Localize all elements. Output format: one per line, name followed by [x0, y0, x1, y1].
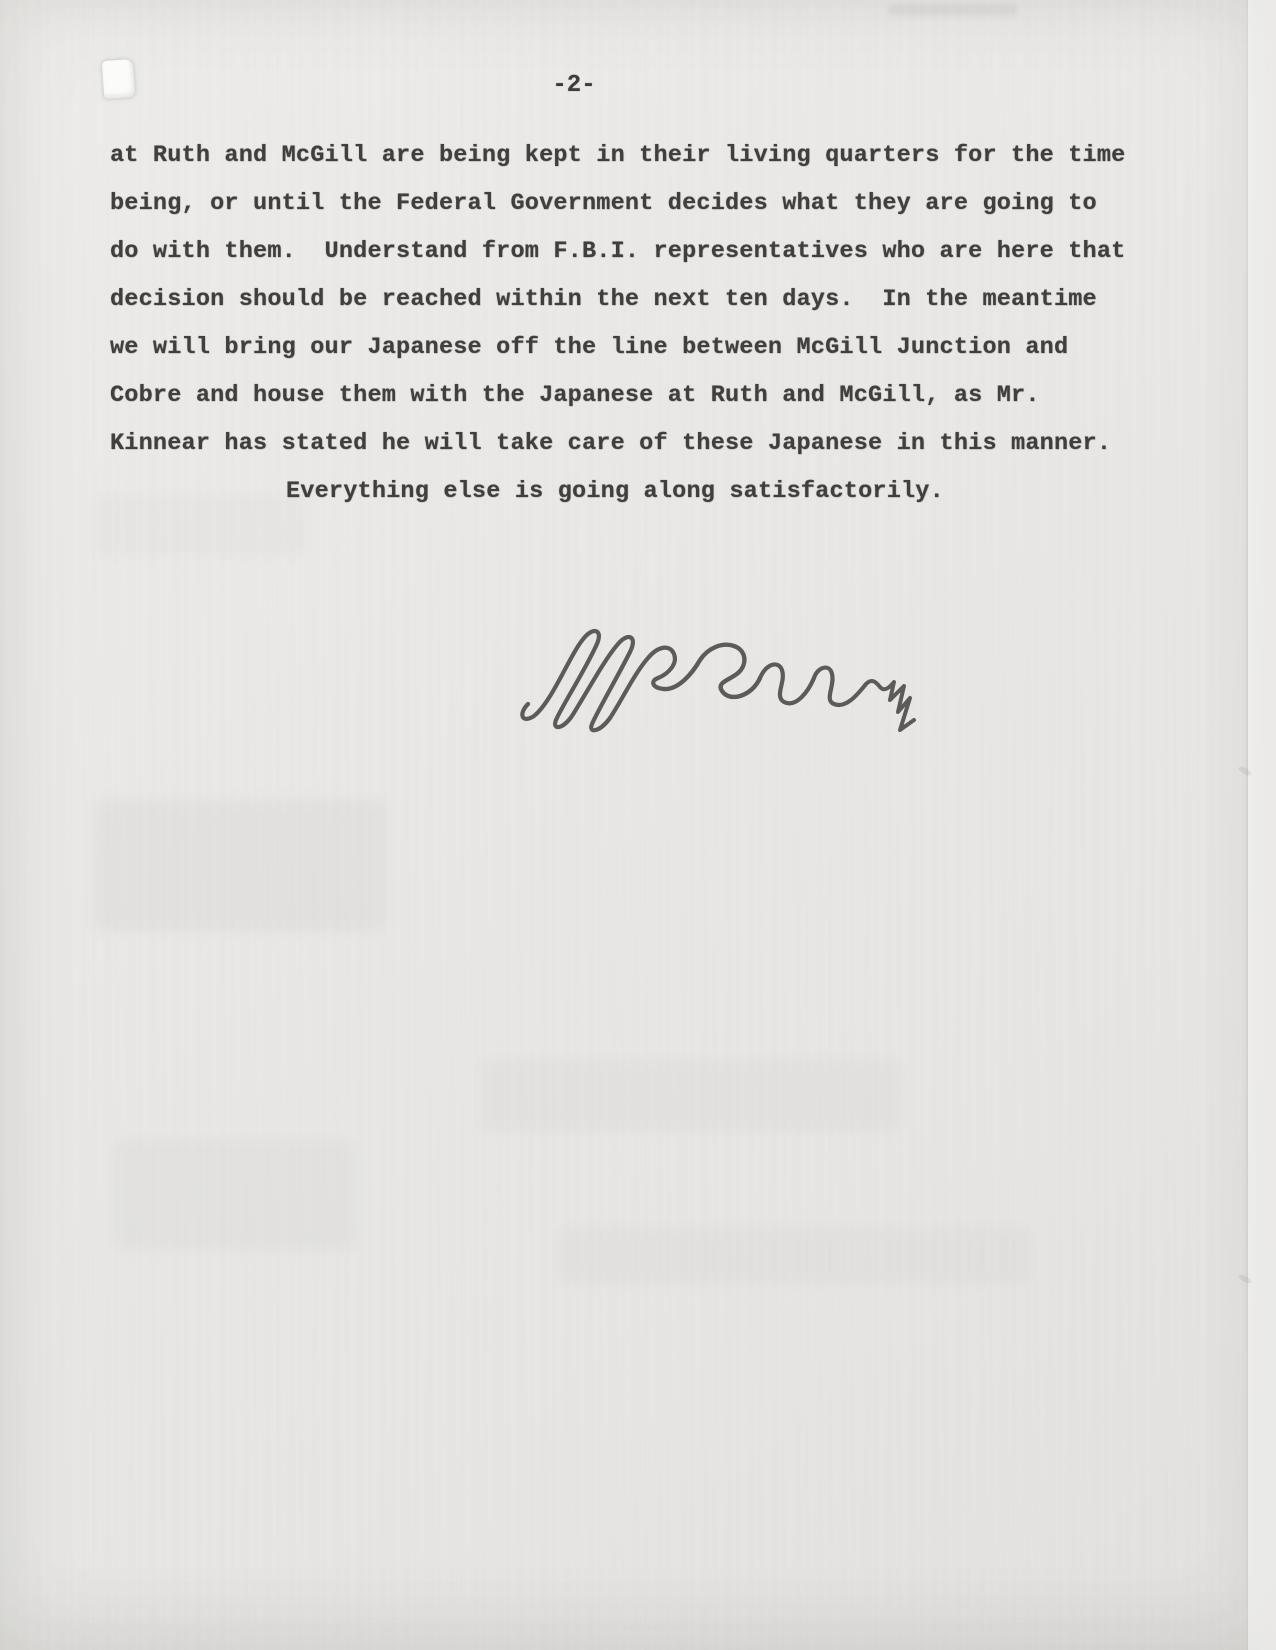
page-number: -2-	[524, 72, 624, 99]
bleed-through-smudge	[480, 1060, 900, 1130]
paper-chip-mark	[102, 59, 136, 99]
handwritten-signature	[512, 616, 922, 761]
bleed-through-smudge	[115, 1140, 355, 1250]
scanned-letter-page: -2- at Ruth and McGill are being kept in…	[0, 0, 1276, 1650]
bleed-through-smudge	[95, 800, 385, 930]
typed-line: decision should be reached within the ne…	[110, 276, 1170, 324]
typed-line: Cobre and house them with the Japanese a…	[110, 372, 1170, 420]
typed-line: we will bring our Japanese off the line …	[110, 324, 1170, 372]
top-edge-smudge	[888, 5, 1018, 15]
letter-body: at Ruth and McGill are being kept in the…	[110, 132, 1170, 516]
typed-line: Kinnear has stated he will take care of …	[110, 420, 1170, 468]
typed-line: at Ruth and McGill are being kept in the…	[110, 132, 1170, 180]
closing-line: Everything else is going along satisfact…	[110, 468, 1170, 516]
bleed-through-smudge	[560, 1228, 1030, 1283]
typed-line: do with them. Understand from F.B.I. rep…	[110, 228, 1170, 276]
page-edge-strip	[1248, 0, 1276, 1650]
typed-line: being, or until the Federal Government d…	[110, 180, 1170, 228]
